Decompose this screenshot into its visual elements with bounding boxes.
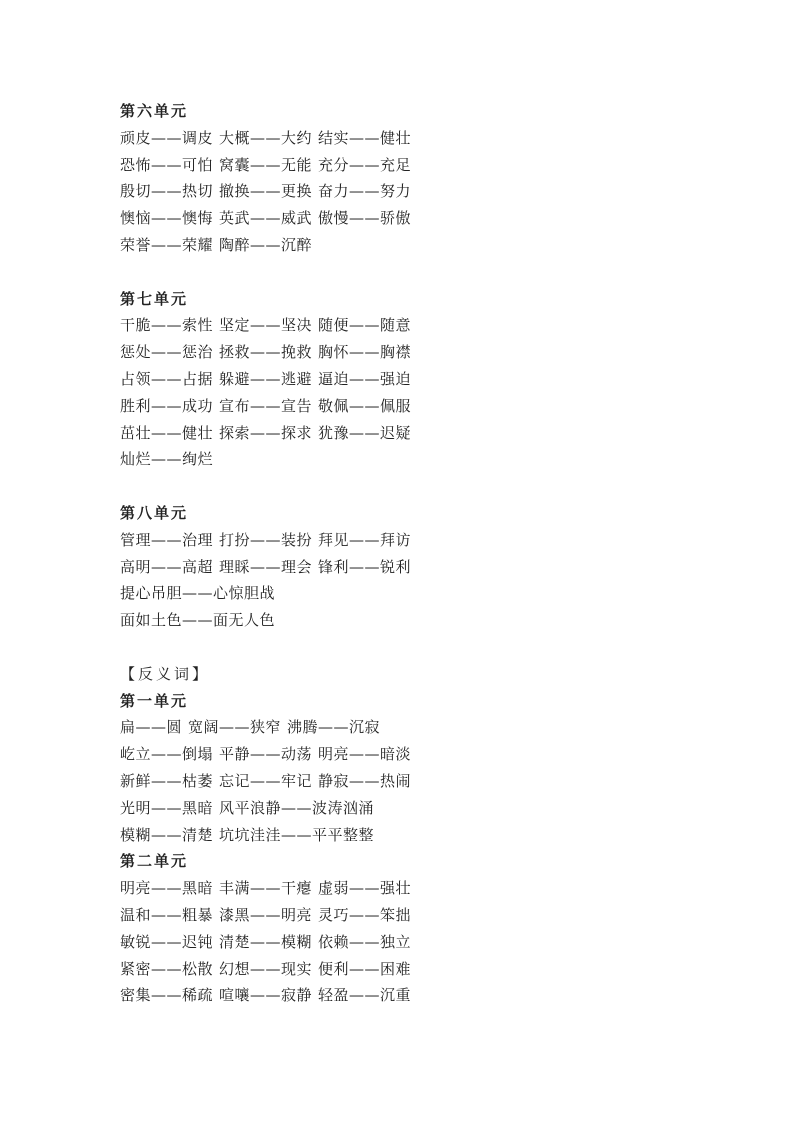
word-row: 新鲜——枯萎忘记——牢记静寂——热闹 xyxy=(120,768,680,795)
word-pair: 窝囊——无能 xyxy=(219,156,312,174)
word-row: 懊恼——懊悔英武——威武傲慢——骄傲 xyxy=(120,205,680,232)
unit-heading: 第二单元 xyxy=(120,848,680,875)
word-row: 占领——占据躲避——逃避逼迫——强迫 xyxy=(120,366,680,393)
word-row: 恐怖——可怕窝囊——无能充分——充足 xyxy=(120,152,680,179)
word-pair: 殷切——热切 xyxy=(120,182,213,200)
word-pair: 惩处——惩治 xyxy=(120,343,213,361)
word-pair: 便利——困难 xyxy=(318,960,411,978)
word-pair: 扁——圆 xyxy=(120,718,182,736)
word-pair: 屹立——倒塌 xyxy=(120,745,213,763)
word-pair: 英武——威武 xyxy=(219,209,312,227)
spacer xyxy=(120,634,680,661)
word-pair: 提心吊胆——心惊胆战 xyxy=(120,584,275,602)
word-pair: 充分——充足 xyxy=(318,156,411,174)
word-pair: 恐怖——可怕 xyxy=(120,156,213,174)
word-pair: 结实——健壮 xyxy=(318,129,411,147)
word-row: 殷切——热切撤换——更换奋力——努力 xyxy=(120,178,680,205)
spacer xyxy=(120,473,680,500)
word-row: 光明——黑暗风平浪静——波涛汹涌 xyxy=(120,795,680,822)
word-pair: 胸怀——胸襟 xyxy=(318,343,411,361)
word-pair: 干脆——索性 xyxy=(120,316,213,334)
word-row: 胜利——成功宣布——宣告敬佩——佩服 xyxy=(120,393,680,420)
word-pair: 胜利——成功 xyxy=(120,397,213,415)
word-pair: 犹豫——迟疑 xyxy=(318,424,411,442)
word-pair: 宣布——宣告 xyxy=(219,397,312,415)
word-row: 灿烂——绚烂 xyxy=(120,446,680,473)
word-pair: 顽皮——调皮 xyxy=(120,129,213,147)
word-pair: 奋力——努力 xyxy=(318,182,411,200)
word-pair: 大概——大约 xyxy=(219,129,312,147)
unit-heading: 第六单元 xyxy=(120,98,680,125)
word-row: 茁壮——健壮探索——探求犹豫——迟疑 xyxy=(120,420,680,447)
word-row: 荣誉——荣耀陶醉——沉醉 xyxy=(120,232,680,259)
word-row: 顽皮——调皮大概——大约结实——健壮 xyxy=(120,125,680,152)
word-pair: 温和——粗暴 xyxy=(120,906,213,924)
word-pair: 随便——随意 xyxy=(318,316,411,334)
word-pair: 占领——占据 xyxy=(120,370,213,388)
word-pair: 打扮——装扮 xyxy=(219,531,312,549)
word-pair: 沸腾——沉寂 xyxy=(287,718,380,736)
word-pair: 坚定——坚决 xyxy=(219,316,312,334)
word-pair: 平静——动荡 xyxy=(219,745,312,763)
word-pair: 风平浪静——波涛汹涌 xyxy=(219,799,374,817)
word-row: 温和——粗暴漆黑——明亮灵巧——笨拙 xyxy=(120,902,680,929)
word-pair: 拜见——拜访 xyxy=(318,531,411,549)
word-pair: 依赖——独立 xyxy=(318,933,411,951)
word-pair: 漆黑——明亮 xyxy=(219,906,312,924)
word-pair: 理睬——理会 xyxy=(219,558,312,576)
word-pair: 丰满——干瘪 xyxy=(219,879,312,897)
unit-heading: 第七单元 xyxy=(120,286,680,313)
word-pair: 懊恼——懊悔 xyxy=(120,209,213,227)
word-row: 干脆——索性坚定——坚决随便——随意 xyxy=(120,312,680,339)
word-pair: 高明——高超 xyxy=(120,558,213,576)
word-pair: 灿烂——绚烂 xyxy=(120,450,213,468)
word-pair: 茁壮——健壮 xyxy=(120,424,213,442)
word-pair: 明亮——暗淡 xyxy=(318,745,411,763)
unit-heading: 第一单元 xyxy=(120,688,680,715)
spacer xyxy=(120,259,680,286)
word-pair: 荣誉——荣耀 xyxy=(120,236,213,254)
word-row: 紧密——松散幻想——现实便利——困难 xyxy=(120,956,680,983)
word-pair: 探索——探求 xyxy=(219,424,312,442)
word-pair: 静寂——热闹 xyxy=(318,772,411,790)
word-row: 密集——稀疏喧嚷——寂静轻盈——沉重 xyxy=(120,982,680,1009)
word-pair: 敏锐——迟钝 xyxy=(120,933,213,951)
unit-heading: 第八单元 xyxy=(120,500,680,527)
word-pair: 虚弱——强壮 xyxy=(318,879,411,897)
word-pair: 新鲜——枯萎 xyxy=(120,772,213,790)
document-page: 第六单元 顽皮——调皮大概——大约结实——健壮 恐怖——可怕窝囊——无能充分——… xyxy=(120,98,680,1009)
word-pair: 光明——黑暗 xyxy=(120,799,213,817)
word-pair: 密集——稀疏 xyxy=(120,986,213,1004)
word-pair: 轻盈——沉重 xyxy=(318,986,411,1004)
word-row: 提心吊胆——心惊胆战 xyxy=(120,580,680,607)
word-pair: 紧密——松散 xyxy=(120,960,213,978)
word-row: 明亮——黑暗丰满——干瘪虚弱——强壮 xyxy=(120,875,680,902)
word-row: 惩处——惩治拯救——挽救胸怀——胸襟 xyxy=(120,339,680,366)
word-row: 管理——治理打扮——装扮拜见——拜访 xyxy=(120,527,680,554)
word-pair: 模糊——清楚 xyxy=(120,826,213,844)
word-row: 高明——高超理睬——理会锋利——锐利 xyxy=(120,554,680,581)
word-row: 模糊——清楚坑坑洼洼——平平整整 xyxy=(120,822,680,849)
word-pair: 忘记——牢记 xyxy=(219,772,312,790)
word-pair: 拯救——挽救 xyxy=(219,343,312,361)
word-row: 面如土色——面无人色 xyxy=(120,607,680,634)
section-title: 【反义词】 xyxy=(120,661,680,688)
word-pair: 撤换——更换 xyxy=(219,182,312,200)
word-pair: 灵巧——笨拙 xyxy=(318,906,411,924)
word-pair: 逼迫——强迫 xyxy=(318,370,411,388)
word-pair: 清楚——模糊 xyxy=(219,933,312,951)
word-row: 敏锐——迟钝清楚——模糊依赖——独立 xyxy=(120,929,680,956)
word-pair: 敬佩——佩服 xyxy=(318,397,411,415)
word-row: 扁——圆宽阔——狭窄沸腾——沉寂 xyxy=(120,714,680,741)
word-pair: 坑坑洼洼——平平整整 xyxy=(219,826,374,844)
word-pair: 管理——治理 xyxy=(120,531,213,549)
word-pair: 躲避——逃避 xyxy=(219,370,312,388)
word-pair: 面如土色——面无人色 xyxy=(120,611,275,629)
word-pair: 傲慢——骄傲 xyxy=(318,209,411,227)
word-pair: 明亮——黑暗 xyxy=(120,879,213,897)
word-pair: 锋利——锐利 xyxy=(318,558,411,576)
word-pair: 幻想——现实 xyxy=(219,960,312,978)
word-pair: 喧嚷——寂静 xyxy=(219,986,312,1004)
word-row: 屹立——倒塌平静——动荡明亮——暗淡 xyxy=(120,741,680,768)
word-pair: 陶醉——沉醉 xyxy=(219,236,312,254)
word-pair: 宽阔——狭窄 xyxy=(188,718,281,736)
